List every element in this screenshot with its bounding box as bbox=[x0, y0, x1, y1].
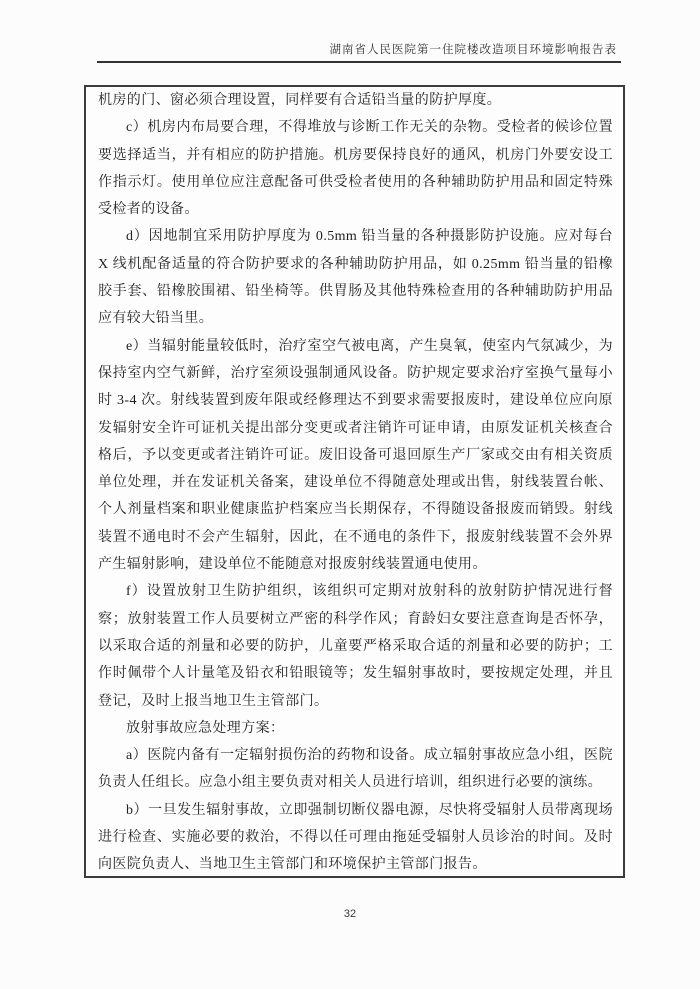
paragraph-continuation: 机房的门、窗必须合理设置，同样要有合适铅当量的防护厚度。 bbox=[98, 87, 613, 114]
report-content-box: 机房的门、窗必须合理设置，同样要有合适铅当量的防护厚度。 c）机房内布局要合理，… bbox=[84, 85, 625, 878]
document-page: { "header": { "title": "湖南省人民医院第一住院楼改造项目… bbox=[0, 0, 700, 989]
page-number: 32 bbox=[0, 908, 700, 920]
paragraph-emergency-plan-heading: 放射事故应急处理方案： bbox=[98, 715, 613, 742]
paragraph-item-f: f）设置放射卫生防护组织，该组织可定期对放射科的放射防护情况进行督察；放射装置工… bbox=[98, 578, 613, 714]
page-header-title: 湖南省人民医院第一住院楼改造项目环境影响报告表 bbox=[330, 41, 618, 57]
header-divider bbox=[97, 61, 621, 63]
paragraph-item-b: b）一旦发生辐射事故，立即强制切断仪器电源，尽快将受辐射人员带离现场进行检查、实… bbox=[98, 797, 613, 878]
paragraph-item-a: a）医院内备有一定辐射损伤治的药物和设备。成立辐射事故应急小组，医院负责人任组长… bbox=[98, 742, 613, 797]
paragraph-item-c: c）机房内布局要合理，不得堆放与诊断工作无关的杂物。受检者的候诊位置要选择适当，… bbox=[98, 114, 613, 223]
paragraph-item-e: e）当辐射能量较低时，治疗室空气被电离，产生臭氧，使室内气氛减少，为保持室内空气… bbox=[98, 333, 613, 579]
paragraph-item-d: d）因地制宜采用防护厚度为 0.5mm 铅当量的各种摄影防护设施。应对每台 X … bbox=[98, 223, 613, 332]
